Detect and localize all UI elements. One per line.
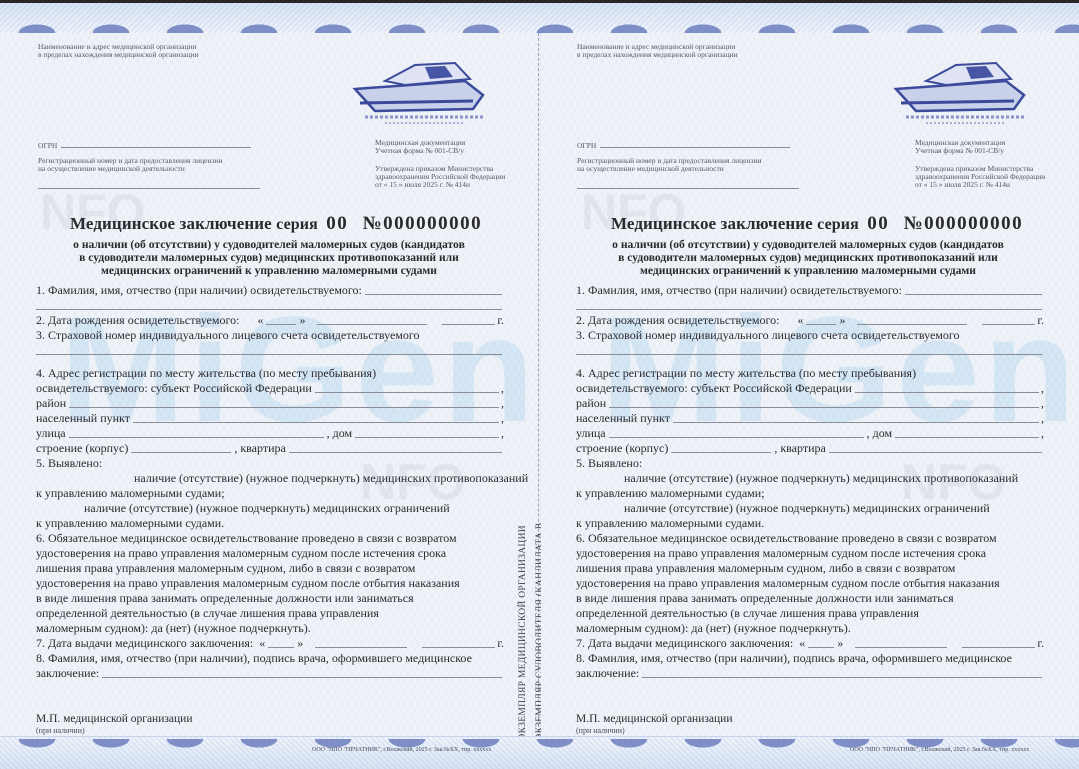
org-name-label: Наименование и адрес медицинской организ…: [38, 43, 199, 59]
region-field[interactable]: освидетельствуемого: субъект Российской …: [576, 381, 1044, 396]
org-name-label: Наименование и адрес медицинской организ…: [577, 43, 738, 59]
series-value: 00: [326, 213, 348, 234]
item6-text: 6. Обязательное медицинское освидетельст…: [36, 531, 504, 546]
doctor-field[interactable]: заключение:: [36, 666, 504, 681]
district-field[interactable]: район,: [36, 396, 504, 411]
doc-type-label: Медицинская документацияУчетная форма № …: [375, 139, 465, 155]
license-field[interactable]: [577, 188, 799, 189]
item6-text: лишения права управления маломерным судн…: [576, 561, 1044, 576]
restrictions-option[interactable]: наличие (отсутствие) (нужное подчеркнуть…: [36, 501, 504, 516]
item6-text: в виде лишения права занимать определенн…: [576, 591, 1044, 606]
street-field[interactable]: улица, дом,: [576, 426, 1044, 441]
snils-field[interactable]: [576, 343, 1044, 358]
item6-text: удостоверения на право управления маломе…: [36, 546, 504, 561]
district-field[interactable]: район,: [576, 396, 1044, 411]
restrictions-text: к управлению маломерными судами.: [36, 516, 504, 531]
birth-date-field[interactable]: 2. Дата рождения освидетельствуемого:«»г…: [576, 313, 1044, 328]
form-body: 1. Фамилия, имя, отчество (при наличии) …: [36, 283, 504, 681]
snils-label: 3. Страховой номер индивидуального лицев…: [576, 328, 1044, 343]
stub-label-organization: ЭКЗЕМПЛЯР МЕДИЦИНСКОЙ ОРГАНИЗАЦИИ: [518, 440, 532, 740]
street-field[interactable]: улица, дом,: [36, 426, 504, 441]
form-body: 1. Фамилия, имя, отчество (при наличии) …: [576, 283, 1044, 681]
full-name-field-line2[interactable]: [36, 298, 504, 313]
contraindications-option[interactable]: наличие (отсутствие) (нужное подчеркнуть…: [576, 471, 1044, 486]
full-name-field-line2[interactable]: [576, 298, 1044, 313]
form-copy-right: MiGenik NFO NFO Наименование и адрес мед…: [541, 33, 1079, 737]
address-label: 4. Адрес регистрации по месту жительства…: [36, 366, 504, 381]
number-value: №000000000: [363, 213, 483, 234]
item6-text: удостоверения на право управления маломе…: [576, 546, 1044, 561]
contraindications-option[interactable]: наличие (отсутствие) (нужное подчеркнуть…: [36, 471, 504, 486]
item6-text: удостоверения на право управления маломе…: [36, 576, 504, 591]
issue-date-field[interactable]: 7. Дата выдачи медицинского заключения:«…: [576, 636, 1044, 651]
address-label: 4. Адрес регистрации по месту жительства…: [576, 366, 1044, 381]
guilloche-border-top: [0, 3, 1079, 34]
snils-label: 3. Страховой номер индивидуального лицев…: [36, 328, 504, 343]
license-field[interactable]: [38, 188, 260, 189]
doctor-label: 8. Фамилия, имя, отчество (при наличии),…: [36, 651, 504, 666]
restrictions-text: к управлению маломерными судами.: [576, 516, 1044, 531]
number-value: №000000000: [904, 213, 1024, 234]
locality-field[interactable]: населенный пункт,: [36, 411, 504, 426]
findings-label: 5. Выявлено:: [576, 456, 1044, 471]
locality-field[interactable]: населенный пункт,: [576, 411, 1044, 426]
boat-emblem-icon: [886, 51, 1036, 131]
ogrn-field[interactable]: ОГРН: [577, 142, 799, 150]
license-label: Регистрационный номер и дата предоставле…: [38, 157, 222, 173]
region-field[interactable]: освидетельствуемого: субъект Российской …: [36, 381, 504, 396]
contraindications-text: к управлению маломерными судами;: [36, 486, 504, 501]
birth-date-field[interactable]: 2. Дата рождения освидетельствуемого:«»г…: [36, 313, 504, 328]
restrictions-option[interactable]: наличие (отсутствие) (нужное подчеркнуть…: [576, 501, 1044, 516]
item6-text: лишения права управления маломерным судн…: [36, 561, 504, 576]
approval-note: Утверждена приказом Министерстваздравоох…: [915, 165, 1045, 189]
item6-text: определенной деятельностью (в случае лиш…: [576, 606, 1044, 621]
printer-imprint: ООО "НПО "ПЕЧАТНИК", г.Волжский, 2025 г.…: [850, 747, 1029, 753]
item6-text: удостоверения на право управления маломе…: [576, 576, 1044, 591]
snils-field[interactable]: [36, 343, 504, 358]
seal-area: М.П. медицинской организации (при наличи…: [36, 713, 192, 737]
seal-area: М.П. медицинской организации (при наличи…: [576, 713, 732, 737]
doctor-field[interactable]: заключение:: [576, 666, 1044, 681]
boat-emblem-icon: [345, 51, 495, 131]
contraindications-text: к управлению маломерными судами;: [576, 486, 1044, 501]
form-copy-left: MiGenik NFO NFO Наименование и адрес мед…: [0, 33, 538, 737]
item6-text: определенной деятельностью (в случае лиш…: [36, 606, 504, 621]
document-subtitle: о наличии (об отсутствии) у судоводителе…: [34, 238, 504, 277]
doctor-label: 8. Фамилия, имя, отчество (при наличии),…: [576, 651, 1044, 666]
item6-text: 6. Обязательное медицинское освидетельст…: [576, 531, 1044, 546]
ogrn-field[interactable]: ОГРН: [38, 142, 260, 150]
printer-imprint: ООО "НПО "ПЕЧАТНИК", г.Волжский, 2025 г.…: [312, 747, 491, 753]
building-field[interactable]: строение (корпус), квартира: [576, 441, 1044, 456]
license-label: Регистрационный номер и дата предоставле…: [577, 157, 761, 173]
doc-type-label: Медицинская документацияУчетная форма № …: [915, 139, 1005, 155]
full-name-field[interactable]: 1. Фамилия, имя, отчество (при наличии) …: [36, 283, 504, 298]
item6-text: в виде лишения права занимать определенн…: [36, 591, 504, 606]
approval-note: Утверждена приказом Министерстваздравоох…: [375, 165, 505, 189]
findings-label: 5. Выявлено:: [36, 456, 504, 471]
series-value: 00: [867, 213, 889, 234]
item6-choice[interactable]: маломерным судном): да (нет) (нужное под…: [36, 621, 504, 636]
issue-date-field[interactable]: 7. Дата выдачи медицинского заключения:«…: [36, 636, 504, 651]
full-name-field[interactable]: 1. Фамилия, имя, отчество (при наличии) …: [576, 283, 1044, 298]
document-title: Медицинское заключение серия 00 №0000000…: [70, 213, 482, 235]
item6-choice[interactable]: маломерным судном): да (нет) (нужное под…: [576, 621, 1044, 636]
document-subtitle: о наличии (об отсутствии) у судоводителе…: [573, 238, 1043, 277]
building-field[interactable]: строение (корпус), квартира: [36, 441, 504, 456]
document-title: Медицинское заключение серия 00 №0000000…: [611, 213, 1023, 235]
